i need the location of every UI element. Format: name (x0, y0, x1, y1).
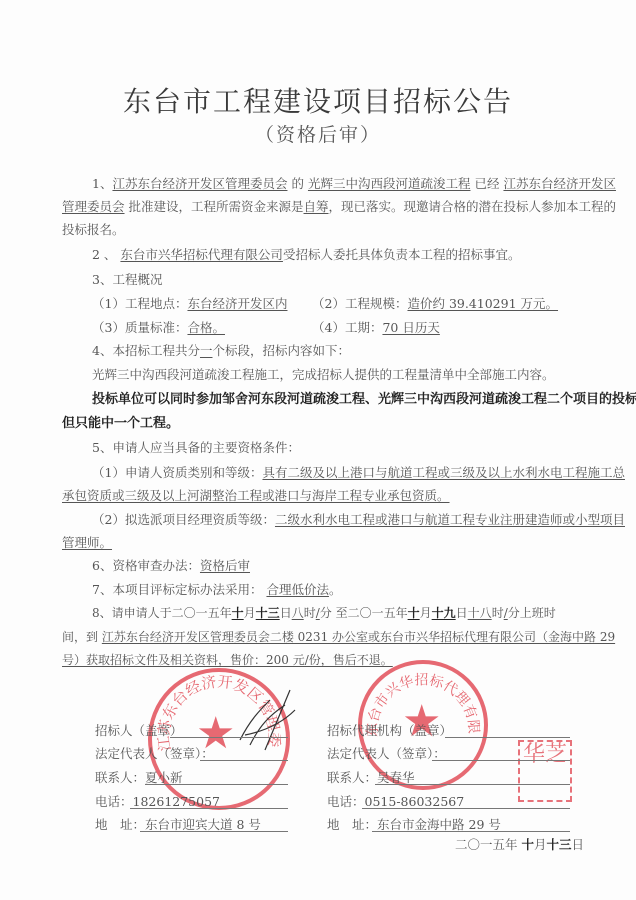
agency-sign-line (445, 737, 570, 738)
text: 分 至二〇一五年 (320, 606, 408, 620)
text: 8、请申请人于二〇一五年 (92, 606, 232, 620)
phone-line (130, 808, 288, 809)
bid-note-line-2: 但只能中一个工程。 (62, 416, 179, 432)
announcement-page: 东台市工程建设项目招标公告 （资格后审） 1、江苏东台经济开发区管理委员会 的 … (0, 0, 636, 900)
construction-period: （4）工期：70 日历天 (312, 320, 440, 336)
value: 东台经济开发区内 (187, 296, 287, 311)
legal-sign-line (432, 760, 570, 761)
label: （1）工程地点： (92, 296, 187, 311)
text: 4、本招标工程共分 (92, 343, 200, 358)
value: 管理师。 (62, 535, 112, 550)
text: 间，到 (62, 630, 98, 644)
label: 电话： (95, 794, 133, 809)
agent-name: 东台市兴华招标代理有限公司 (120, 247, 283, 262)
text: 的 (291, 176, 304, 191)
end-month: 十 (408, 606, 420, 620)
address-line (140, 831, 288, 832)
section-6: 6、资格审查办法：资格后审 (92, 558, 250, 574)
label: （4）工期： (312, 320, 382, 335)
section-number: 2 、 (92, 247, 116, 262)
value: 东台市金海中路 29 号 (377, 817, 501, 832)
section-1-line-2: 管理委员会 批准建设，工程所需资金来源是自筹，现已落实。现邀请合格的潜在投标人参… (62, 199, 616, 215)
qualification-2: （2）拟选派项目经理资质等级：二级水利水电工程或港口与航道工程专业注册建造师或小… (92, 512, 625, 528)
text: 时 (304, 606, 316, 620)
text: 个标段，招标内容如下： (212, 343, 350, 358)
project-name: 光辉三中沟西段河道疏浚工程 (308, 176, 471, 191)
value: 70 日历天 (382, 320, 439, 335)
contact-line (145, 784, 288, 785)
value: 夏小新 (145, 770, 183, 785)
label: 7、本项目评标定标办法采用： (92, 582, 262, 597)
tenderer-sign-line (170, 737, 288, 738)
text: 批准建设，工程所需资金来源是 (129, 199, 304, 214)
tenderer-legal-label: 法定代表人（签章）： (95, 746, 214, 762)
text: 时 (492, 606, 504, 620)
section-2: 2 、 东台市兴华招标代理有限公司受招标人委托具体负责本工程的招标事宜。 (92, 247, 520, 263)
pickup-place: 江苏东台经济开发区管理委员会二楼 0231 办公室或东台市兴华招标代理有限公司（… (102, 630, 615, 644)
label: 联系人： (95, 770, 145, 785)
value: 东台市迎宾大道 8 号 (145, 817, 261, 832)
label: 地 址： (327, 817, 377, 832)
approver-name: 江苏东台经济开发区 (503, 176, 616, 191)
label: （3）质量标准： (92, 320, 187, 335)
text: 月 (420, 606, 432, 620)
section-3-heading: 3、工程概况 (92, 272, 162, 288)
text: 。 (329, 582, 342, 597)
text: 月 (244, 606, 256, 620)
tenderer-name: 江苏东台经济开发区管理委员会 (112, 176, 287, 191)
text: 日 (456, 606, 468, 620)
end-hour: 十八 (468, 606, 492, 620)
start-month: 十 (232, 606, 244, 620)
project-location: （1）工程地点：东台经济开发区内 (92, 296, 287, 312)
phone-line (362, 808, 570, 809)
value: 合理低价法 (266, 582, 329, 597)
document-title: 东台市工程建设项目招标公告 (0, 80, 636, 120)
text: 已经 (474, 176, 499, 191)
end-day: 十九 (432, 606, 456, 620)
section-8-line-1: 8、请申请人于二〇一五年十月十三日八时/分 至二〇一五年十月十九日十八时/分上班… (92, 605, 556, 621)
value: 具有二级及以上港口与航道工程或三级及以上水利水电工程施工总 (262, 465, 625, 480)
section-8-line-2: 间，到 江苏东台经济开发区管理委员会二楼 0231 办公室或东台市兴华招标代理有… (62, 629, 615, 645)
qualification-1: （1）申请人资质类别和等级：具有二级及以上港口与航道工程或三级及以上水利水电工程… (92, 465, 625, 481)
agency-legal-label: 法定代表人（签章）： (327, 746, 446, 762)
value: 18261275057 (133, 794, 220, 809)
value: 造价约 39.410291 万元。 (407, 296, 558, 311)
section-1-line-1: 1、江苏东台经济开发区管理委员会 的 光辉三中沟西段河道疏浚工程 已经 江苏东台… (92, 176, 616, 192)
legal-sign-line (200, 760, 288, 761)
approver-name-cont: 管理委员会 (62, 199, 125, 214)
address-line (372, 831, 570, 832)
text: 分上班时 (508, 606, 556, 620)
contact-line (375, 784, 570, 785)
label: 电话： (327, 794, 365, 809)
text: 日 (572, 837, 585, 852)
qualification-1-cont: 承包资质或三级及以上河湖整治工程或港口与海岸工程专业承包资质。 (62, 488, 450, 504)
date-day: 十三 (547, 837, 572, 852)
pickup-place-cont: 号）获取招标文件及相关资料，售价：200 元/份，售后不退。 (62, 653, 393, 667)
section-number: 1、 (92, 176, 112, 191)
section-1-line-3: 投标报名。 (62, 222, 125, 238)
label: 地 址： (95, 817, 145, 832)
date-month: 十 (522, 837, 535, 852)
section-8-line-3: 号）获取招标文件及相关资料，售价：200 元/份，售后不退。 (62, 652, 393, 668)
bid-note-line-1: 投标单位可以同时参加邹舍河东段河道疏浚工程、光辉三中沟西段河道疏浚工程二个项目的… (92, 392, 636, 408)
signature-scribble (230, 680, 300, 760)
value: 承包资质或三级及以上河湖整治工程或港口与海岸工程专业承包资质。 (62, 488, 450, 503)
date-year: 二〇一五年 (455, 837, 518, 852)
legal-rep-seal: 华芝 (518, 740, 572, 802)
quality-standard: （3）质量标准：合格。 (92, 320, 225, 336)
value: 二级水利水电工程或港口与航道工程专业注册建造师或小型项目 (275, 512, 625, 527)
value: 0515-86032567 (365, 794, 465, 809)
start-hour: 八 (292, 606, 304, 620)
announcement-date: 二〇一五年 十月十三日 (455, 837, 584, 853)
section-7: 7、本项目评标定标办法采用： 合理低价法。 (92, 582, 341, 598)
text: 受招标人委托具体负责本工程的招标事宜。 (283, 247, 521, 262)
agency-label: 招标代理机构（盖章） (327, 723, 452, 739)
value: 合格。 (187, 320, 225, 335)
project-scale: （2）工程规模：造价约 39.410291 万元。 (312, 296, 558, 312)
lot-count: 一 (200, 343, 213, 358)
label: （2）工程规模： (312, 296, 407, 311)
qualification-2-cont: 管理师。 (62, 535, 112, 551)
document-subtitle: （资格后审） (0, 120, 636, 147)
text: 月 (534, 837, 547, 852)
value: 资格后审 (200, 558, 250, 573)
start-day: 十三 (256, 606, 280, 620)
section-5-heading: 5、申请人应当具备的主要资格条件： (92, 440, 300, 456)
label: 联系人： (327, 770, 377, 785)
bid-content: 光辉三中沟西段河道疏浚工程施工，完成招标人提供的工程量清单中全部施工内容。 (92, 367, 555, 383)
text: 日 (280, 606, 292, 620)
text: ，现已落实。现邀请合格的潜在投标人参加本工程的 (329, 199, 617, 214)
funding-source: 自筹 (304, 199, 329, 214)
section-4-heading: 4、本招标工程共分一个标段，招标内容如下： (92, 343, 350, 359)
value: 吴春华 (377, 770, 415, 785)
label: 6、资格审查办法： (92, 558, 200, 573)
label: （1）申请人资质类别和等级： (92, 465, 262, 480)
label: （2）拟选派项目经理资质等级： (92, 512, 275, 527)
